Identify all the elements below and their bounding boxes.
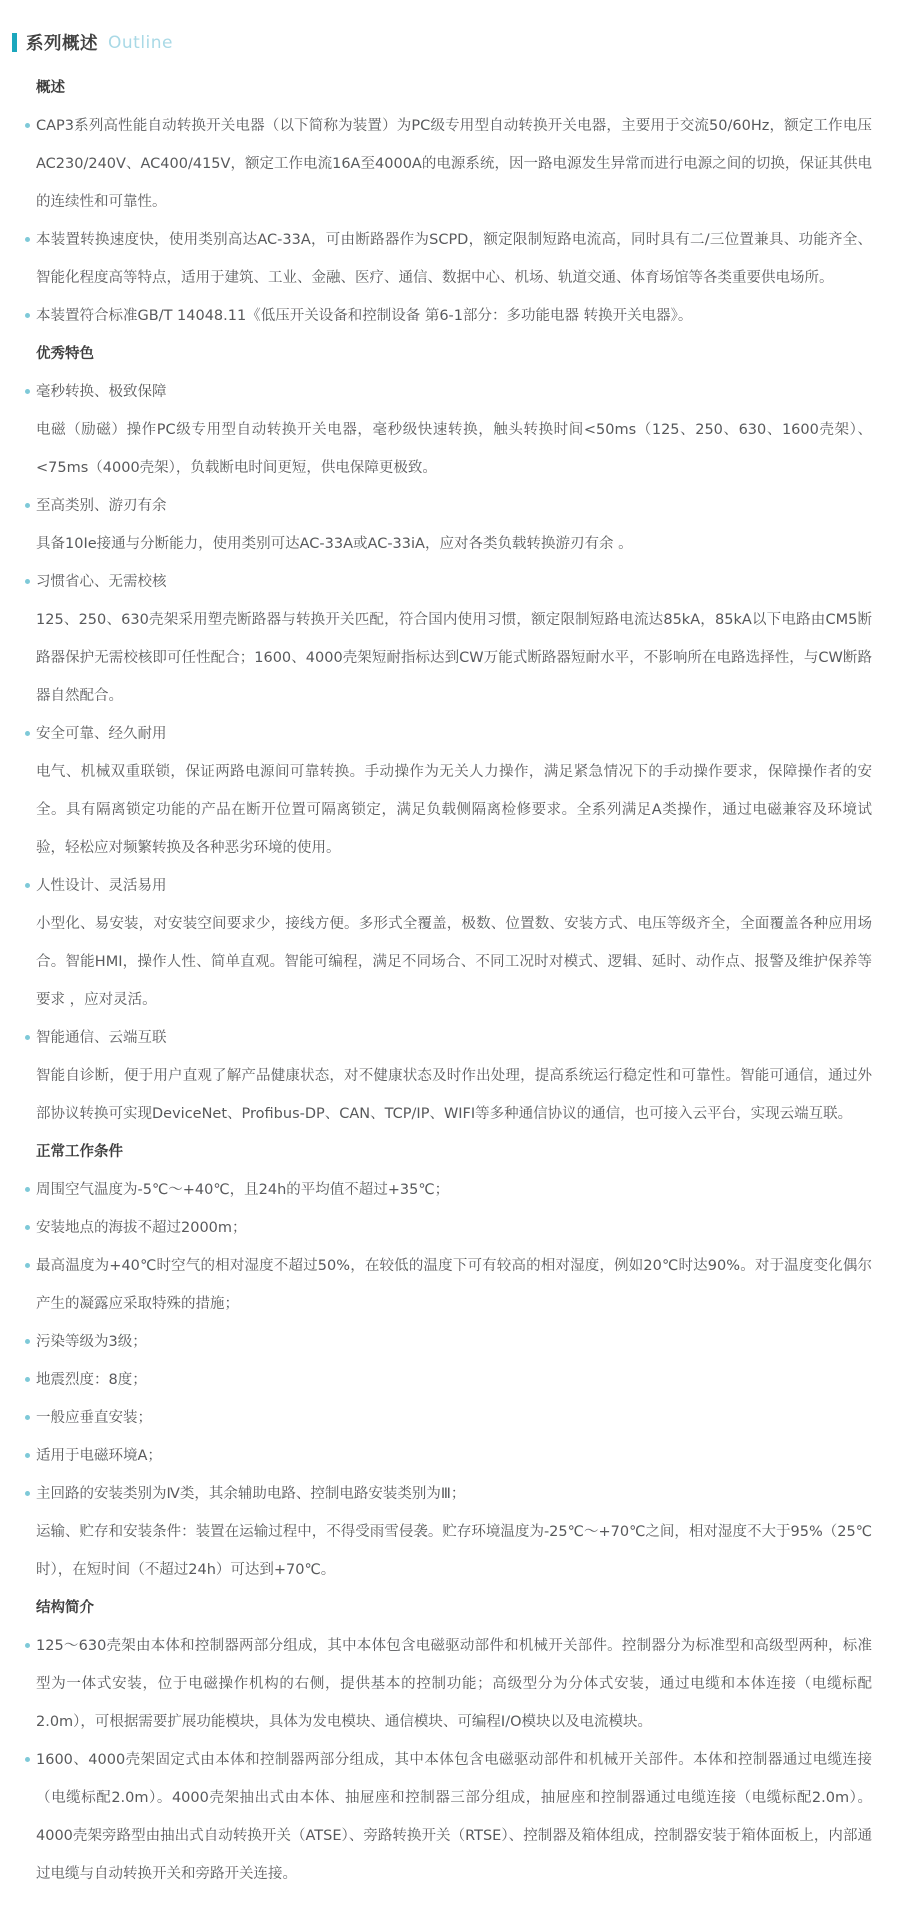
- item-text: 适用于电磁环境A；: [36, 1448, 162, 1464]
- item-text: 安全可靠、经久耐用: [36, 726, 167, 742]
- bullet-icon: [25, 1225, 30, 1230]
- item-text: 主回路的安装类别为Ⅳ类，其余辅助电路、控制电路安装类别为Ⅲ；: [36, 1486, 465, 1502]
- paragraph: 125、250、630壳架采用塑壳断路器与转换开关匹配，符合国内使用习惯，额定限…: [36, 601, 872, 715]
- content: 概述CAP3系列高性能自动转换开关电器（以下简称为装置）为PC级专用型自动转换开…: [36, 69, 872, 1893]
- paragraph: 小型化、易安装，对安装空间要求少，接线方便。多形式全覆盖，极数、位置数、安装方式…: [36, 905, 872, 1019]
- item-text: 125～630壳架由本体和控制器两部分组成，其中本体包含电磁驱动部件和机械开关部…: [36, 1638, 872, 1730]
- item-text: 安装地点的海拔不超过2000m；: [36, 1220, 247, 1236]
- list-item: 毫秒转换、极致保障: [36, 373, 872, 411]
- list-item: 智能通信、云端互联: [36, 1019, 872, 1057]
- list-item: CAP3系列高性能自动转换开关电器（以下简称为装置）为PC级专用型自动转换开关电…: [36, 107, 872, 221]
- paragraph: 运输、贮存和安装条件：装置在运输过程中，不得受雨雪侵袭。贮存环境温度为-25℃～…: [36, 1513, 872, 1589]
- bullet-icon: [25, 1339, 30, 1344]
- page-title: 系列概述 Outline: [12, 30, 872, 55]
- paragraph: 智能自诊断，便于用户直观了解产品健康状态，对不健康状态及时作出处理，提高系统运行…: [36, 1057, 872, 1133]
- bullet-icon: [25, 123, 30, 128]
- item-text: 本装置符合标准GB/T 14048.11《低压开关设备和控制设备 第6-1部分：…: [36, 308, 692, 324]
- list-item: 125～630壳架由本体和控制器两部分组成，其中本体包含电磁驱动部件和机械开关部…: [36, 1627, 872, 1741]
- bullet-icon: [25, 503, 30, 508]
- bullet-icon: [25, 1377, 30, 1382]
- list-item: 污染等级为3级；: [36, 1323, 872, 1361]
- bullet-icon: [25, 1187, 30, 1192]
- bullet-icon: [25, 1453, 30, 1458]
- page-title-en: Outline: [108, 33, 173, 53]
- section-heading: 优秀特色: [36, 335, 872, 373]
- item-text: 智能自诊断，便于用户直观了解产品健康状态，对不健康状态及时作出处理，提高系统运行…: [36, 1068, 872, 1122]
- item-text: 人性设计、灵活易用: [36, 878, 167, 894]
- section-heading: 正常工作条件: [36, 1133, 872, 1171]
- list-item: 安全可靠、经久耐用: [36, 715, 872, 753]
- list-item: 本装置转换速度快，使用类别高达AC-33A，可由断路器作为SCPD，额定限制短路…: [36, 221, 872, 297]
- catalog-page: 系列概述 Outline 概述CAP3系列高性能自动转换开关电器（以下简称为装置…: [0, 0, 900, 1913]
- item-text: 电气、机械双重联锁，保证两路电源间可靠转换。手动操作为无关人力操作，满足紧急情况…: [36, 764, 872, 856]
- list-item: 最高温度为+40℃时空气的相对湿度不超过50%，在较低的温度下可有较高的相对湿度…: [36, 1247, 872, 1323]
- item-text: 地震烈度：8度；: [36, 1372, 147, 1388]
- item-text: 一般应垂直安装；: [36, 1410, 152, 1426]
- bullet-icon: [25, 1643, 30, 1648]
- bullet-icon: [25, 1415, 30, 1420]
- item-text: 毫秒转换、极致保障: [36, 384, 167, 400]
- bullet-icon: [25, 1035, 30, 1040]
- bullet-icon: [25, 313, 30, 318]
- list-item: 主回路的安装类别为Ⅳ类，其余辅助电路、控制电路安装类别为Ⅲ；: [36, 1475, 872, 1513]
- bullet-icon: [25, 1757, 30, 1762]
- section-heading: 概述: [36, 69, 872, 107]
- bullet-icon: [25, 883, 30, 888]
- bullet-icon: [25, 579, 30, 584]
- item-text: 电磁（励磁）操作PC级专用型自动转换开关电器，毫秒级快速转换，触头转换时间<50…: [36, 422, 872, 476]
- item-text: 习惯省心、无需校核: [36, 574, 167, 590]
- list-item: 1600、4000壳架固定式由本体和控制器两部分组成，其中本体包含电磁驱动部件和…: [36, 1741, 872, 1893]
- item-text: 具备10Ie接通与分断能力，使用类别可达AC-33A或AC-33iA，应对各类负…: [36, 536, 633, 552]
- list-item: 安装地点的海拔不超过2000m；: [36, 1209, 872, 1247]
- list-item: 人性设计、灵活易用: [36, 867, 872, 905]
- item-text: 至高类别、游刃有余: [36, 498, 167, 514]
- list-item: 地震烈度：8度；: [36, 1361, 872, 1399]
- title-accent-bar-icon: [12, 33, 17, 52]
- bullet-icon: [25, 237, 30, 242]
- item-text: CAP3系列高性能自动转换开关电器（以下简称为装置）为PC级专用型自动转换开关电…: [36, 118, 872, 210]
- paragraph: 具备10Ie接通与分断能力，使用类别可达AC-33A或AC-33iA，应对各类负…: [36, 525, 872, 563]
- list-item: 本装置符合标准GB/T 14048.11《低压开关设备和控制设备 第6-1部分：…: [36, 297, 872, 335]
- item-text: 小型化、易安装，对安装空间要求少，接线方便。多形式全覆盖，极数、位置数、安装方式…: [36, 916, 872, 1008]
- item-text: 污染等级为3级；: [36, 1334, 147, 1350]
- item-text: 运输、贮存和安装条件：装置在运输过程中，不得受雨雪侵袭。贮存环境温度为-25℃～…: [36, 1524, 872, 1578]
- list-item: 周围空气温度为-5℃～+40℃，且24h的平均值不超过+35℃；: [36, 1171, 872, 1209]
- item-text: 1600、4000壳架固定式由本体和控制器两部分组成，其中本体包含电磁驱动部件和…: [36, 1752, 872, 1882]
- bullet-icon: [25, 389, 30, 394]
- page-title-cn: 系列概述: [26, 30, 98, 55]
- bullet-icon: [25, 1263, 30, 1268]
- item-text: 125、250、630壳架采用塑壳断路器与转换开关匹配，符合国内使用习惯，额定限…: [36, 612, 872, 704]
- bullet-icon: [25, 1491, 30, 1496]
- item-text: 智能通信、云端互联: [36, 1030, 167, 1046]
- item-text: 周围空气温度为-5℃～+40℃，且24h的平均值不超过+35℃；: [36, 1182, 449, 1198]
- item-text: 本装置转换速度快，使用类别高达AC-33A，可由断路器作为SCPD，额定限制短路…: [36, 232, 872, 286]
- paragraph: 电磁（励磁）操作PC级专用型自动转换开关电器，毫秒级快速转换，触头转换时间<50…: [36, 411, 872, 487]
- section-heading: 结构简介: [36, 1589, 872, 1627]
- list-item: 习惯省心、无需校核: [36, 563, 872, 601]
- list-item: 一般应垂直安装；: [36, 1399, 872, 1437]
- paragraph: 电气、机械双重联锁，保证两路电源间可靠转换。手动操作为无关人力操作，满足紧急情况…: [36, 753, 872, 867]
- item-text: 最高温度为+40℃时空气的相对湿度不超过50%，在较低的温度下可有较高的相对湿度…: [36, 1258, 872, 1312]
- list-item: 至高类别、游刃有余: [36, 487, 872, 525]
- bullet-icon: [25, 731, 30, 736]
- list-item: 适用于电磁环境A；: [36, 1437, 872, 1475]
